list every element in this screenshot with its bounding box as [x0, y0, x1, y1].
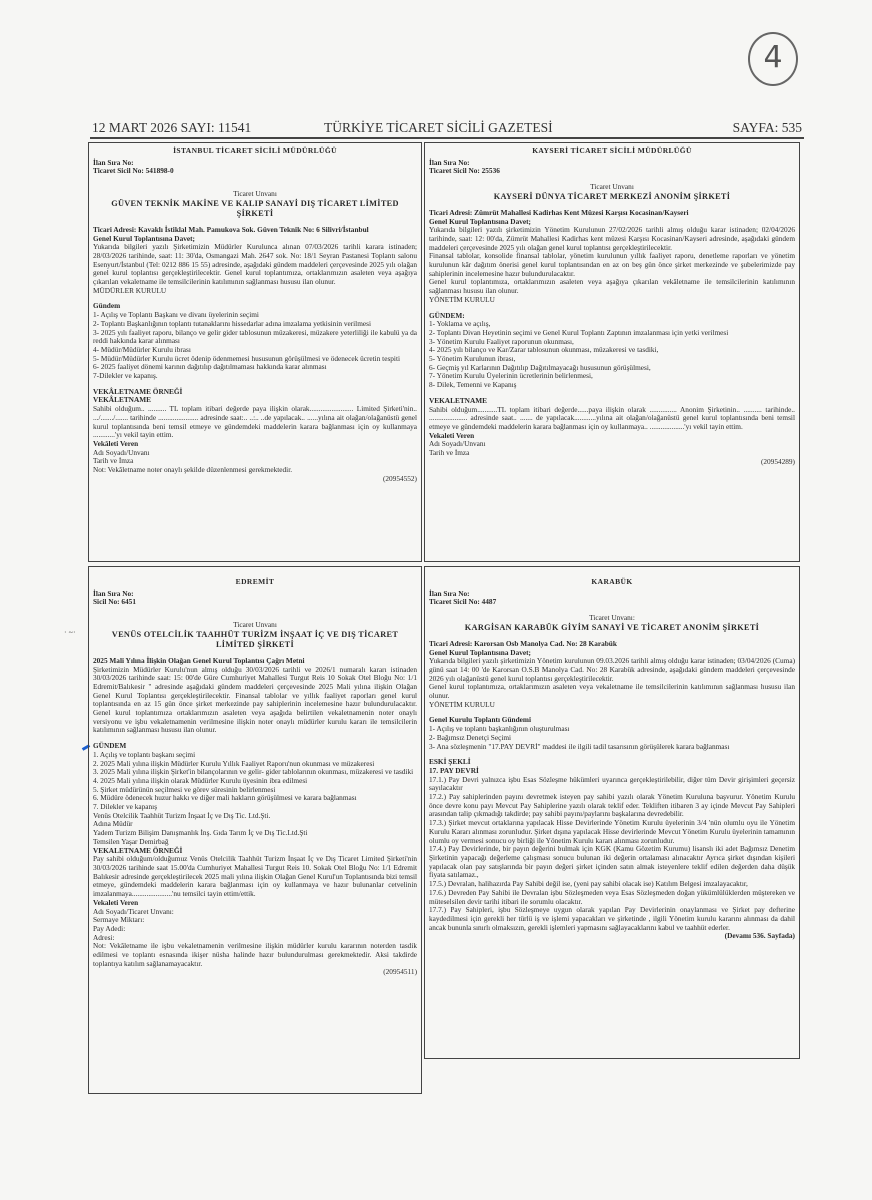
- old-version-title: ESKİ ŞEKLİ: [429, 758, 795, 767]
- proxy-text: Sahibi olduğum...........TL toplam itiba…: [429, 406, 795, 432]
- agenda-item: 3- Ana sözleşmenin "17.PAY DEVRİ" maddes…: [429, 743, 795, 752]
- board-name: YÖNETİM KURULU: [429, 701, 795, 710]
- company-name: KAYSERİ DÜNYA TİCARET MERKEZİ ANONİM ŞİR…: [429, 192, 795, 202]
- reference-number: (20954511): [93, 968, 417, 977]
- page-number: SAYFA: 535: [733, 120, 802, 136]
- agenda-item: 3- 2025 yılı faaliyet raporu, bilanço ve…: [93, 329, 417, 346]
- sicil-no: Ticaret Sicil No: 25536: [429, 167, 795, 176]
- notice-istanbul: İSTANBUL TİCARET SİCİLİ MÜDÜRLÜĞÜ İlan S…: [88, 142, 422, 562]
- office-title: KAYSERİ TİCARET SİCİLİ MÜDÜRLÜĞÜ: [429, 147, 795, 156]
- note: Not: Vekâletname noter onaylı şekilde dü…: [93, 466, 417, 475]
- unvan-label: Ticaret Unvanı: [93, 621, 417, 630]
- company-name: KARGİSAN KARABÜK GİYİM SANAYİ VE TİCARET…: [429, 623, 795, 633]
- company-name: VENÜS OTELCİLİK TAAHHÜT TURİZM İNŞAAT İÇ…: [93, 630, 417, 650]
- article-clause: 17.2.) Pay sahiplerinden payını devretme…: [429, 793, 795, 819]
- article-clause: 17.1.) Pay Devri yalnızca işbu Esas Sözl…: [429, 776, 795, 793]
- gazette-header: 12 MART 2026 SAYI: 11541 TÜRKİYE TİCARET…: [92, 120, 802, 138]
- header-rule: [90, 137, 804, 139]
- invite-text: Yukarıda bilgileri yazılı Şirketimizin M…: [93, 243, 417, 287]
- note: Not: Vekâletname ile işbu vekaletnamenin…: [93, 942, 417, 968]
- invite-text: Şirketimizin Müdürler Kurulu'nun almış o…: [93, 666, 417, 736]
- proxy-text: Sahibi olduğum.. .......... TL toplam it…: [93, 405, 417, 440]
- grantor-field: Adı Soyadı/Unvanı: [429, 440, 795, 449]
- notice-kayseri: KAYSERİ TİCARET SİCİLİ MÜDÜRLÜĞÜ İlan Sı…: [424, 142, 800, 562]
- sicil-no: Ticaret Sicil No: 541898-0: [93, 167, 417, 176]
- unvan-label: Ticaret Unvanı: [429, 183, 795, 192]
- proxy-text: Pay sahibi olduğum/olduğumuz Venüs Otelc…: [93, 855, 417, 899]
- agenda-item: 7-Dilekler ve kapanış.: [93, 372, 417, 381]
- unvan-label: Ticaret Unvanı:: [429, 614, 795, 623]
- grantor-field: Pay Adedi:: [93, 925, 417, 934]
- agenda-item: 8- Dilek, Temenni ve Kapanış: [429, 381, 795, 390]
- invite-text-2: Finansal tablolar, konsolide finansal ta…: [429, 252, 795, 278]
- article-clause: 17.6.) Devreden Pay Sahibi ile Devralan …: [429, 889, 795, 906]
- ilan-sira: İlan Sıra No:: [93, 590, 417, 599]
- notice-edremit: EDREMİT İlan Sıra No: Sicil No: 6451 Tic…: [88, 566, 422, 1094]
- invite-text: Yukarıda bilgileri yazılı şirketimizin Y…: [429, 226, 795, 252]
- company-name: GÜVEN TEKNİK MAKİNE VE KALIP SANAYİ DIŞ …: [93, 199, 417, 219]
- office-title: EDREMİT: [93, 578, 417, 587]
- article-clause: 17.3.) Şirket mevcut ortaklarına yapılac…: [429, 819, 795, 845]
- unvan-label: Ticaret Unvanı: [93, 190, 417, 199]
- invite-text-3: Genel kurul toplantımıza, ortaklarımızın…: [429, 278, 795, 295]
- gazette-title: TÜRKİYE TİCARET SİCİLİ GAZETESİ: [324, 120, 553, 136]
- board-name: MÜDÜRLER KURULU: [93, 287, 417, 296]
- sicil-no: Sicil No: 6451: [93, 598, 417, 607]
- grantor-field: Adı Soyadı/Unvanı: [93, 449, 417, 458]
- office-title: İSTANBUL TİCARET SİCİLİ MÜDÜRLÜĞÜ: [93, 147, 417, 156]
- notice-karabuk: KARABÜK İlan Sıra No: Ticaret Sicil No: …: [424, 566, 800, 1059]
- reference-number: (20954552): [93, 475, 417, 484]
- board-name: YÖNETİM KURULU: [429, 296, 795, 305]
- continued-note: (Devamı 536. Sayfada): [429, 932, 795, 941]
- article-clause: 17.7.) Pay Sahipleri, işbu Sözleşmeye uy…: [429, 906, 795, 932]
- issue-date: 12 MART 2026 SAYI: 11541: [92, 120, 251, 136]
- article-clause: 17.4.) Pay Devirlerinde, bir payın değer…: [429, 845, 795, 880]
- reference-number: (20954289): [429, 458, 795, 467]
- invite-text-2: Genel kurul toplantımıza, ortaklarımızın…: [429, 683, 795, 700]
- signature-line: Venüs Otelcilik Taahhüt Turizm İnşaat İç…: [93, 812, 417, 821]
- scan-mark: · ~·: [64, 628, 76, 637]
- grantor-field: Sermaye Miktarı:: [93, 916, 417, 925]
- sicil-no: Ticaret Sicil No: 4487: [429, 598, 795, 607]
- invite-text: Yukarıda bilgileri yazılı şirketimizin Y…: [429, 657, 795, 683]
- grantor-field: Tarih ve İmza: [429, 449, 795, 458]
- handwritten-page-number: 4: [748, 32, 798, 86]
- office-title: KARABÜK: [429, 578, 795, 587]
